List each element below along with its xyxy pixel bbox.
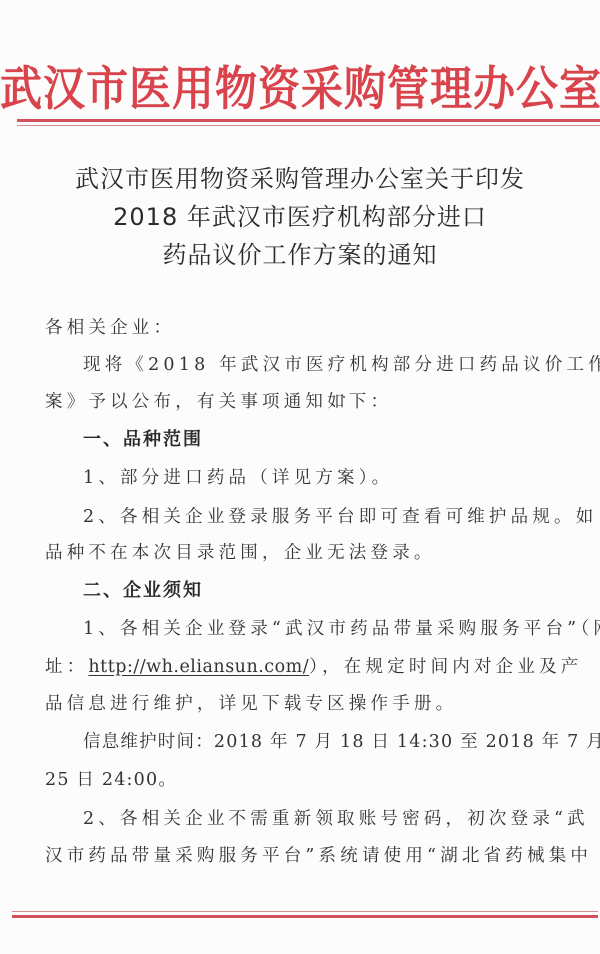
section-1-item-2-line-2: 品种不在本次目录范围，企业无法登录。 <box>45 541 436 565</box>
title-line-1: 武汉市医用物资采购管理办公室关于印发 <box>0 160 600 198</box>
letterhead-org-name: 武汉市医用物资采购管理办公室 <box>0 58 600 121</box>
section-1-item-2-line-1: 2、各相关企业登录服务平台即可查看可维护品规。如 <box>83 505 597 529</box>
footer-rule-thin <box>12 911 598 912</box>
section-heading-2: 二、企业须知 <box>83 579 203 603</box>
intro-line-2: 案》予以公布，有关事项通知如下： <box>45 390 392 414</box>
section-2-item-1-line-2: 址：http://wh.eliansun.com/），在规定时间内对企业及产 <box>45 655 582 679</box>
salutation: 各相关企业： <box>45 316 175 340</box>
title-line-3: 药品议价工作方案的通知 <box>0 236 600 274</box>
footer-rule-thick <box>12 915 598 918</box>
section-1-item-1: 1、部分进口药品（详见方案）。 <box>83 466 393 490</box>
title-line-2: 2018 年武汉市医疗机构部分进口 <box>0 198 600 236</box>
maintenance-time-line-1: 信息维护时间：2018 年 7 月 18 日 14:30 至 2018 年 7 … <box>83 730 600 754</box>
platform-url-link[interactable]: http://wh.eliansun.com/ <box>88 657 309 677</box>
document-title: 武汉市医用物资采购管理办公室关于印发 2018 年武汉市医疗机构部分进口 药品议… <box>0 160 600 274</box>
scan-speck <box>343 396 345 398</box>
section-2-item-2-line-2: 汉市药品带量采购服务平台”系统请使用“湖北省药械集中 <box>45 844 592 868</box>
section-2-item-1-line-3: 品信息进行维护，详见下载专区操作手册。 <box>45 692 457 716</box>
section-2-item-1-line-1: 1、各相关企业登录“武汉市药品带量采购服务平台”（网 <box>83 617 600 641</box>
document-page: 武汉市医用物资采购管理办公室 武汉市医用物资采购管理办公室关于印发 2018 年… <box>0 0 600 954</box>
intro-line-1: 现将《2018 年武汉市医疗机构部分进口药品议价工作方 <box>83 353 600 377</box>
section-heading-1: 一、品种范围 <box>83 428 203 452</box>
url-label: 址： <box>45 657 88 677</box>
letterhead-rule-thick <box>17 119 600 122</box>
maintenance-time-line-2: 25 日 24:00。 <box>45 768 177 792</box>
letterhead-rule-thin <box>17 125 600 126</box>
section-2-item-2-line-1: 2、各相关企业不需重新领取账号密码，初次登录“武 <box>83 807 589 831</box>
url-suffix: ），在规定时间内对企业及产 <box>309 657 582 677</box>
